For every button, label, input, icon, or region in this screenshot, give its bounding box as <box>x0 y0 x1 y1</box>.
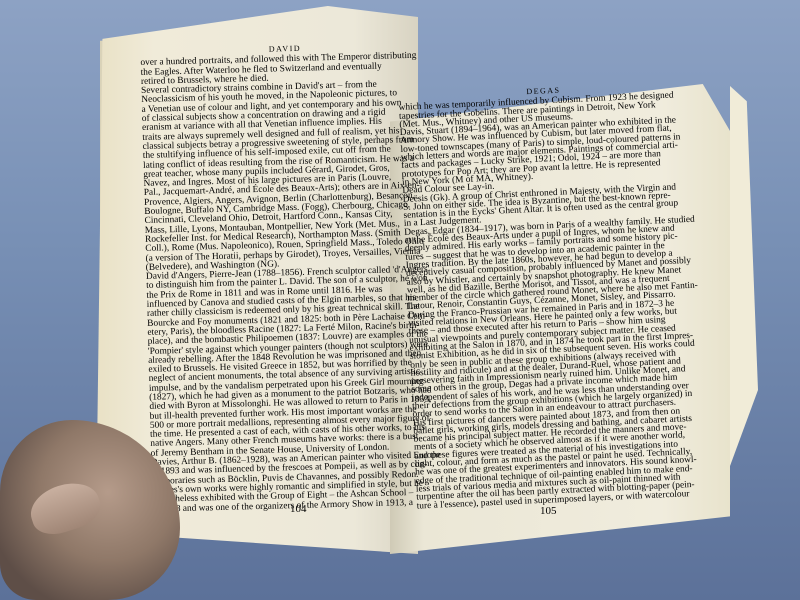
page-number-left: 104 <box>290 503 307 515</box>
left-page-text: DAVID over a hundred portraits, and foll… <box>140 40 442 514</box>
right-page-stack-edge <box>730 86 758 466</box>
right-page-text: DEGAS which he was temporarily influence… <box>398 81 707 511</box>
page-number-right: 105 <box>540 505 557 517</box>
